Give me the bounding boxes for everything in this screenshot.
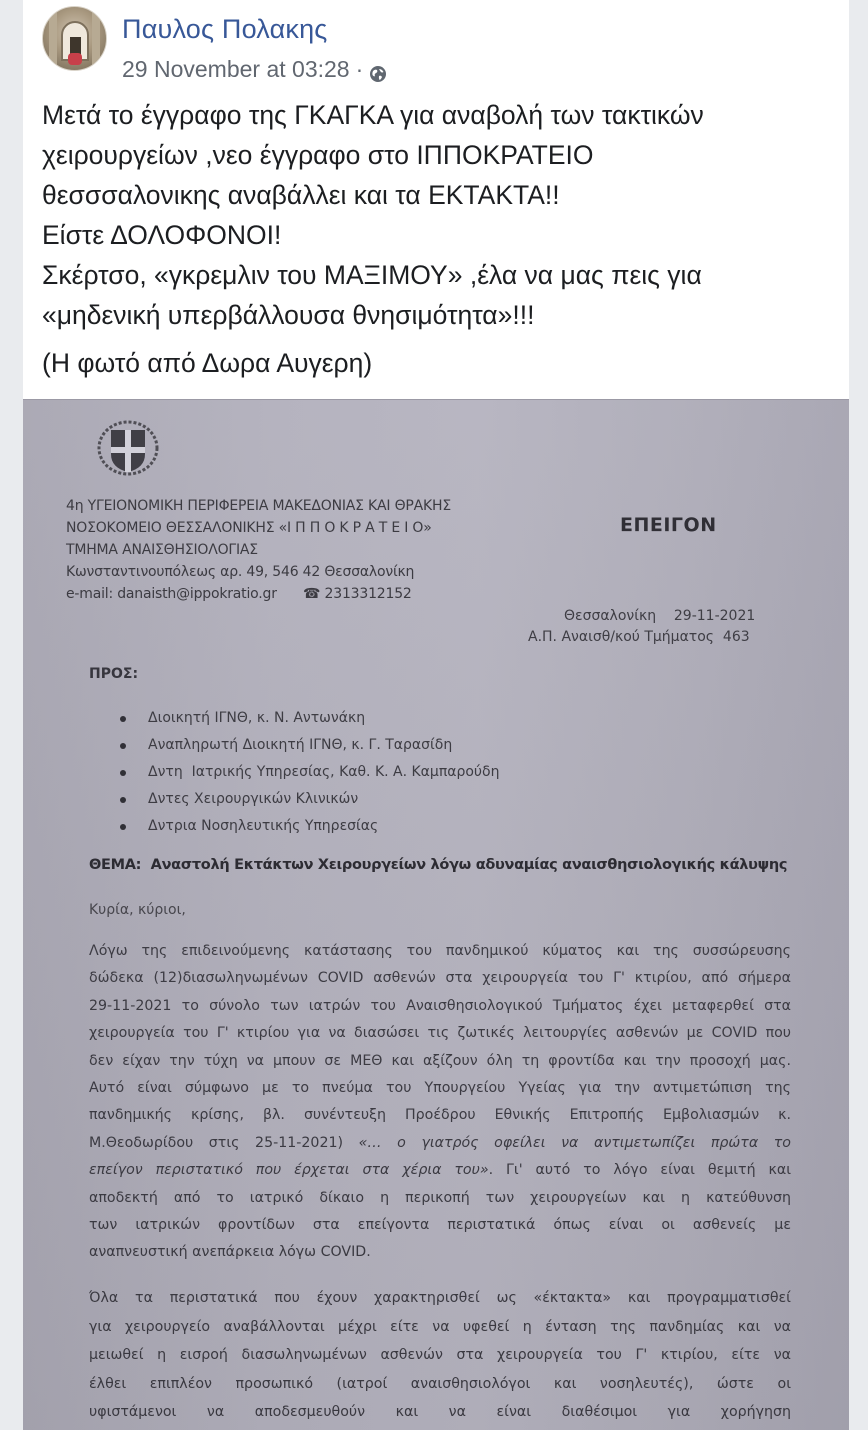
greek-coat-of-arms-icon bbox=[97, 420, 159, 476]
paragraph-line: Λόγω της επιδεινούμενης κατάστασης του π… bbox=[89, 938, 791, 965]
avatar-photo-person bbox=[68, 53, 82, 65]
phone-icon: ☎ bbox=[303, 586, 320, 602]
paragraph-line: δώδεκα (12)διασωληνωμένων COVID ασθενών … bbox=[89, 965, 791, 992]
salutation: Κυρία, κύριοι, bbox=[89, 902, 186, 918]
letterhead-line: ΤΜΗΜΑ ΑΝΑΙΣΘΗΣΙΟΛΟΓΙΑΣ bbox=[66, 539, 451, 561]
paragraph-line: Αυτό είναι σύμφωνο με το πνεύμα του Υπου… bbox=[89, 1075, 791, 1102]
post-photo-document[interactable]: 4η ΥΓΕΙΟΝΟΜΙΚΗ ΠΕΡΙΦΕΡΕΙΑ ΜΑΚΕΔΟΝΙΑΣ ΚΑΙ… bbox=[23, 399, 849, 1430]
paragraph-line: επείγον περιστατικό που έρχεται στα χέρι… bbox=[89, 1157, 791, 1184]
recipient-item: Δντρια Νοσηλευτικής Υπηρεσίας bbox=[118, 813, 499, 840]
paragraph-line: για χειρουργείο αναβάλλονται μέχρι είτε … bbox=[89, 1313, 791, 1342]
post-text-line: θεσσσαλονικης αναβάλλει και τα ΕΚΤΑΚΤΑ!! bbox=[42, 175, 832, 215]
photo-credit: (Η φωτό από Δωρα Αυγερη) bbox=[42, 343, 832, 383]
meta-separator: · bbox=[356, 56, 364, 83]
post-text-line: χειρουργείων ,νεο έγγραφο στο ΙΠΠΟΚΡΑΤΕΙ… bbox=[42, 135, 832, 175]
recipients-list: Διοικητή ΙΓΝΘ, κ. Ν. Αντωνάκη Αναπληρωτή… bbox=[118, 705, 499, 840]
post-text-line: Σκέρτσο, «γκρεμλιν του ΜΑΞΙΜΟΥ» ,έλα να … bbox=[42, 255, 832, 295]
paragraph-line: των ιατρικών φροντίδων στα επείγοντα περ… bbox=[89, 1212, 791, 1239]
post-text-line: Είστε ΔΟΛΟΦΟΝΟΙ! bbox=[42, 215, 832, 255]
paragraph-line: μειωθεί η εισροή διασωληνωμένων ασθενών … bbox=[89, 1341, 791, 1370]
contact-line: e-mail: danaisth@ippokratio.gr ☎ 2313312… bbox=[66, 583, 451, 605]
paragraph-line: Όλα τα περιστατικά που έχουν χαρακτηρισθ… bbox=[89, 1284, 791, 1313]
recipient-item: Δντες Χειρουργικών Κλινικών bbox=[118, 786, 499, 813]
quoted-text: «… ο γιατρός οφείλει να αντιμετωπίζει πρ… bbox=[359, 1135, 791, 1151]
letterhead: 4η ΥΓΕΙΟΝΟΜΙΚΗ ΠΕΡΙΦΕΡΕΙΑ ΜΑΚΕΔΟΝΙΑΣ ΚΑΙ… bbox=[66, 495, 451, 605]
date-protocol-block: Θεσσαλονίκη 29-11-2021 Α.Π. Αναισθ/κού Τ… bbox=[528, 606, 755, 648]
letter-paragraph-1: Λόγω της επιδεινούμενης κατάστασης του π… bbox=[89, 938, 791, 1267]
letterhead-line: ΝΟΣΟΚΟΜΕΙΟ ΘΕΣΣΑΛΟΝΙΚΗΣ «Ι Π Π Ο Κ Ρ Α Τ… bbox=[66, 517, 451, 539]
urgent-label: ΕΠΕΙΓΟΝ bbox=[620, 514, 717, 536]
scanned-letter: 4η ΥΓΕΙΟΝΟΜΙΚΗ ΠΕΡΙΦΕΡΕΙΑ ΜΑΚΕΔΟΝΙΑΣ ΚΑΙ… bbox=[23, 400, 849, 1430]
paragraph-line: υφιστάμενοι να αποδεσμευθούν και να είνα… bbox=[89, 1398, 791, 1427]
post-body: Μετά το έγγραφο της ΓΚΑΓΚΑ για αναβολή τ… bbox=[42, 95, 832, 383]
post-timestamp[interactable]: 29 November at 03:28 bbox=[122, 56, 350, 83]
paragraph-line: δεν είχαν την τύχη να μπουν σε ΜΕΘ και α… bbox=[89, 1048, 791, 1075]
paragraph-line: πανδημικής κρίσης, βλ. συνέντευξη Προέδρ… bbox=[89, 1102, 791, 1129]
paragraph-line: 29-11-2021 το σύνολο των ιατρών του Αναι… bbox=[89, 993, 791, 1020]
recipient-item: Διοικητή ΙΓΝΘ, κ. Ν. Αντωνάκη bbox=[118, 705, 499, 732]
letter-paragraph-2: Όλα τα περιστατικά που έχουν χαρακτηρισθ… bbox=[89, 1284, 791, 1427]
post-meta: 29 November at 03:28 · bbox=[122, 56, 387, 83]
letterhead-line: Κωνσταντινουπόλεως αρ. 49, 546 42 Θεσσαλ… bbox=[66, 561, 451, 583]
protocol-number: Α.Π. Αναισθ/κού Τμήματος 463 bbox=[528, 627, 755, 648]
author-avatar[interactable] bbox=[42, 6, 107, 71]
email-text: e-mail: danaisth@ippokratio.gr bbox=[66, 586, 277, 602]
letterhead-line: 4η ΥΓΕΙΟΝΟΜΙΚΗ ΠΕΡΙΦΕΡΕΙΑ ΜΑΚΕΔΟΝΙΑΣ ΚΑΙ… bbox=[66, 495, 451, 517]
post-text-line: «μηδενική υπερβάλλουσα θνησιμότητα»!!! bbox=[42, 295, 832, 335]
phone-number: 2313312152 bbox=[325, 586, 412, 602]
globe-icon[interactable] bbox=[369, 62, 387, 80]
recipient-item: Δντη Ιατρικής Υπηρεσίας, Καθ. Κ. Α. Καμπ… bbox=[118, 759, 499, 786]
paragraph-line: αποδεκτή από το ιατρικό δίκαιο η περικοπ… bbox=[89, 1185, 791, 1212]
recipients-label: ΠΡΟΣ: bbox=[89, 666, 138, 682]
quoted-text: επείγον περιστατικό που έρχεται στα χέρι… bbox=[89, 1162, 489, 1178]
paragraph-line: έλθει επιπλέον προσωπικό (ιατροί αναισθη… bbox=[89, 1370, 791, 1399]
paragraph-line: χειρουργεία του Γ' κτιρίου για να διασώσ… bbox=[89, 1020, 791, 1047]
paragraph-line: αναπνευστική ανεπάρκεια λόγω COVID. bbox=[89, 1239, 791, 1266]
place-date: Θεσσαλονίκη 29-11-2021 bbox=[528, 606, 755, 627]
avatar-photo-column-left bbox=[49, 13, 57, 69]
post-header: Παυλος Πολακης 29 November at 03:28 · bbox=[42, 6, 822, 82]
author-name-link[interactable]: Παυλος Πολακης bbox=[122, 14, 328, 45]
avatar-photo-column-right bbox=[92, 13, 100, 69]
paragraph-line: Μ.Θεοδωρίδου στις 25-11-2021) «… ο γιατρ… bbox=[89, 1130, 791, 1157]
recipient-item: Αναπληρωτή Διοικητή ΙΓΝΘ, κ. Γ. Ταρασίδη bbox=[118, 732, 499, 759]
post-text-line: Μετά το έγγραφο της ΓΚΑΓΚΑ για αναβολή τ… bbox=[42, 95, 832, 135]
letter-subject: ΘΕΜΑ: Αναστολή Εκτάκτων Χειρουργείων λόγ… bbox=[89, 857, 787, 873]
